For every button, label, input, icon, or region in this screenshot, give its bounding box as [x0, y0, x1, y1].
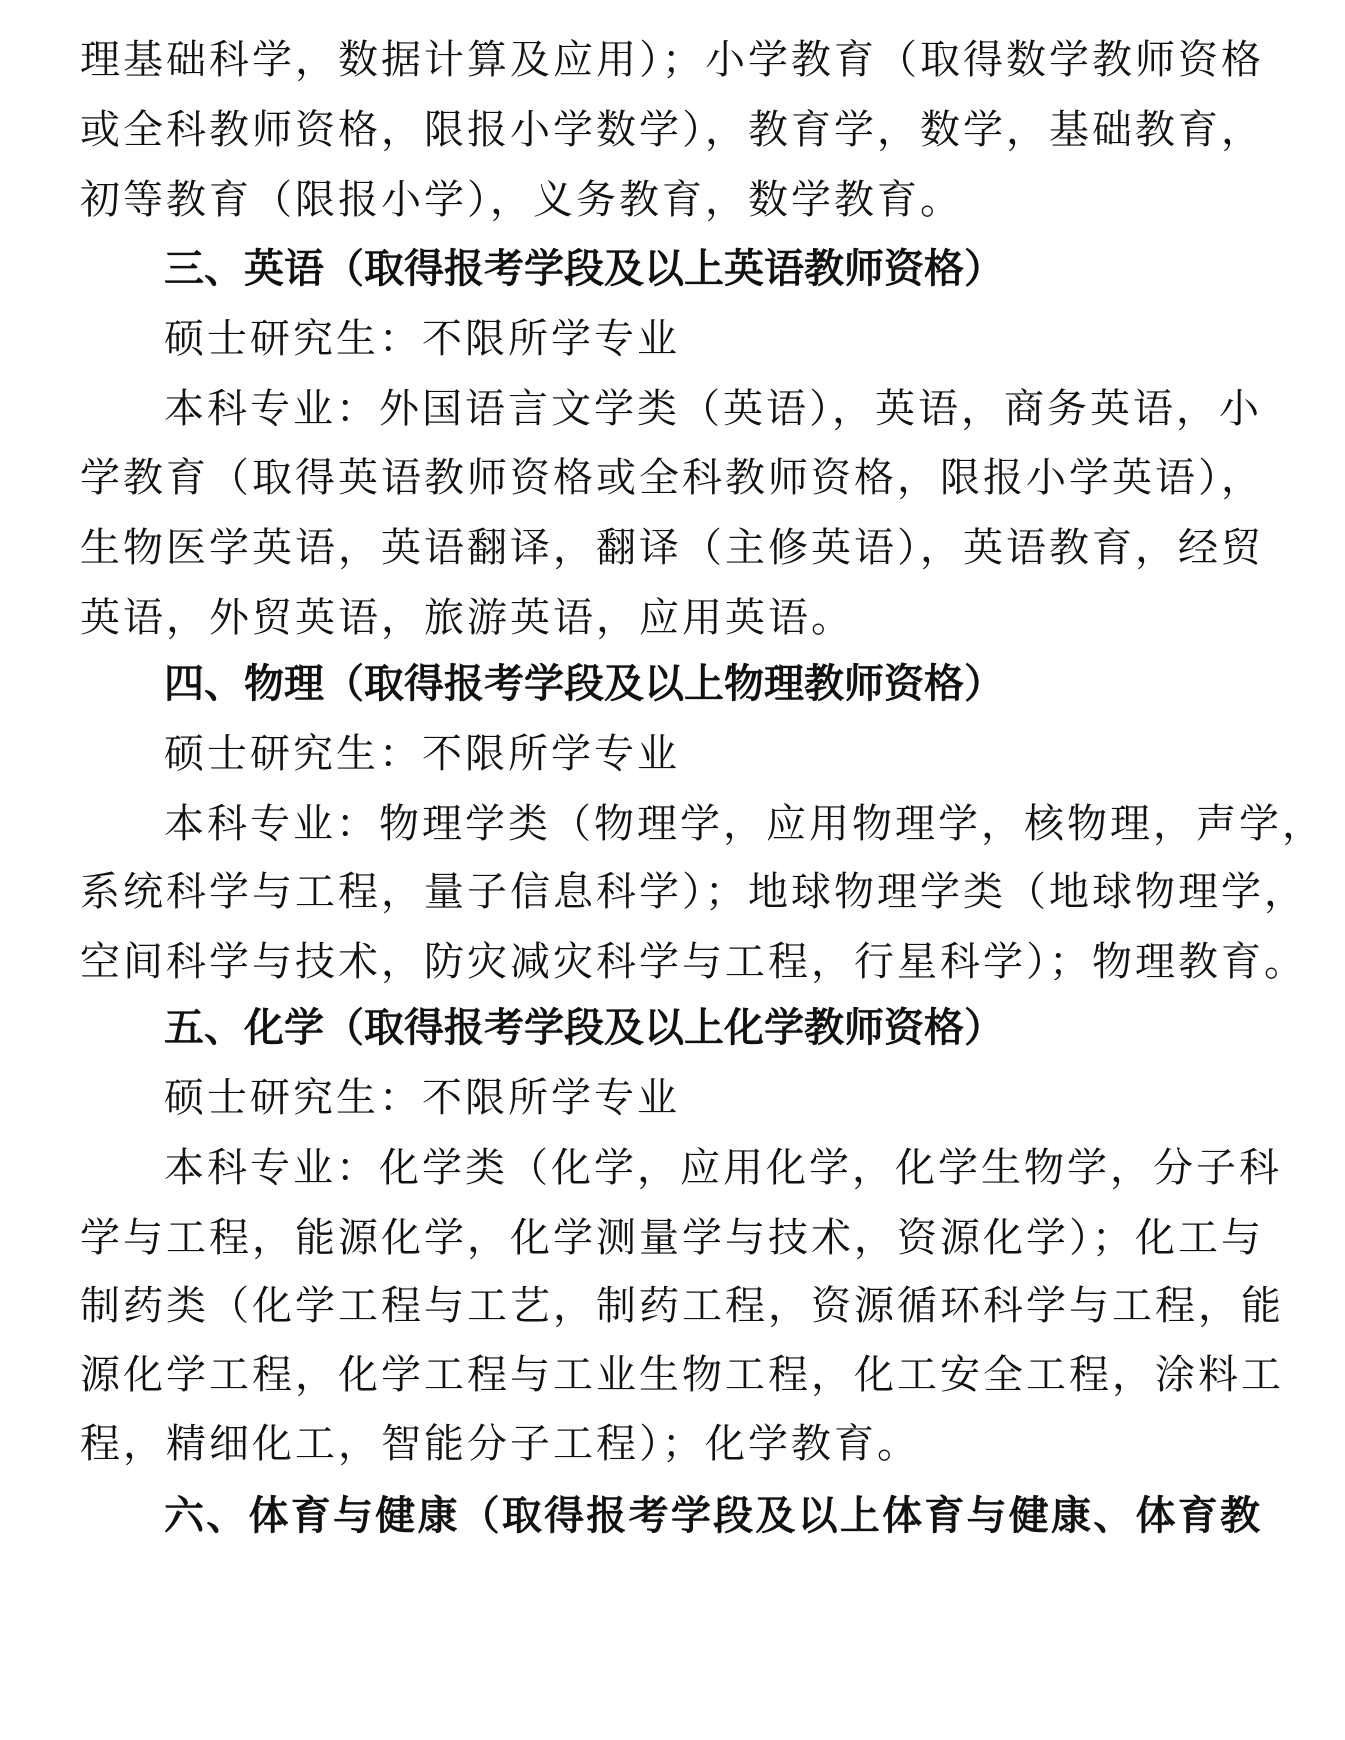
undergrad-requirement-chemistry: 本科专业：化学类（化学，应用化学，化学生物学，分子科	[164, 1142, 1260, 1194]
paragraph-line: 空间科学与技术，防灾减灾科学与工程，行星科学）；物理教育。	[80, 936, 1260, 988]
document-page: 理基础科学，数据计算及应用）；小学教育（取得数学教师资格 或全科教师资格，限报小…	[0, 0, 1345, 1740]
paragraph-line: 系统科学与工程，量子信息科学）；地球物理学类（地球物理学，	[80, 866, 1260, 918]
paragraph-line: 初等教育（限报小学），义务教育，数学教育。	[80, 174, 1260, 226]
section-heading-physics: 四、物理（取得报考学段及以上物理教师资格）	[164, 658, 1344, 710]
paragraph-line: 学与工程，能源化学，化学测量学与技术，资源化学）；化工与	[80, 1212, 1260, 1264]
paragraph-line: 制药类（化学工程与工艺，制药工程，资源循环科学与工程，能	[80, 1280, 1260, 1332]
masters-requirement-chemistry: 硕士研究生：不限所学专业	[164, 1072, 1344, 1124]
masters-requirement-english: 硕士研究生：不限所学专业	[164, 313, 1344, 365]
masters-requirement-physics: 硕士研究生：不限所学专业	[164, 728, 1344, 780]
section-heading-pe-health: 六、体育与健康（取得报考学段及以上体育与健康、体育教	[164, 1490, 1260, 1542]
undergrad-requirement-physics: 本科专业：物理学类（物理学，应用物理学，核物理，声学，	[164, 798, 1260, 850]
paragraph-line: 生物医学英语，英语翻译，翻译（主修英语），英语教育，经贸	[80, 522, 1260, 574]
undergrad-requirement-english: 本科专业：外国语言文学类（英语），英语，商务英语，小	[164, 383, 1260, 435]
paragraph-line: 英语，外贸英语，旅游英语，应用英语。	[80, 592, 1260, 644]
paragraph-line: 学教育（取得英语教师资格或全科教师资格，限报小学英语），	[80, 452, 1260, 504]
section-heading-chemistry: 五、化学（取得报考学段及以上化学教师资格）	[164, 1002, 1344, 1054]
paragraph-line: 源化学工程，化学工程与工业生物工程，化工安全工程，涂料工	[80, 1349, 1260, 1401]
section-heading-english: 三、英语（取得报考学段及以上英语教师资格）	[164, 243, 1344, 295]
paragraph-line: 或全科教师资格，限报小学数学），教育学，数学，基础教育，	[80, 104, 1260, 156]
paragraph-line: 理基础科学，数据计算及应用）；小学教育（取得数学教师资格	[80, 34, 1260, 86]
paragraph-line: 程，精细化工，智能分子工程）；化学教育。	[80, 1418, 1260, 1470]
